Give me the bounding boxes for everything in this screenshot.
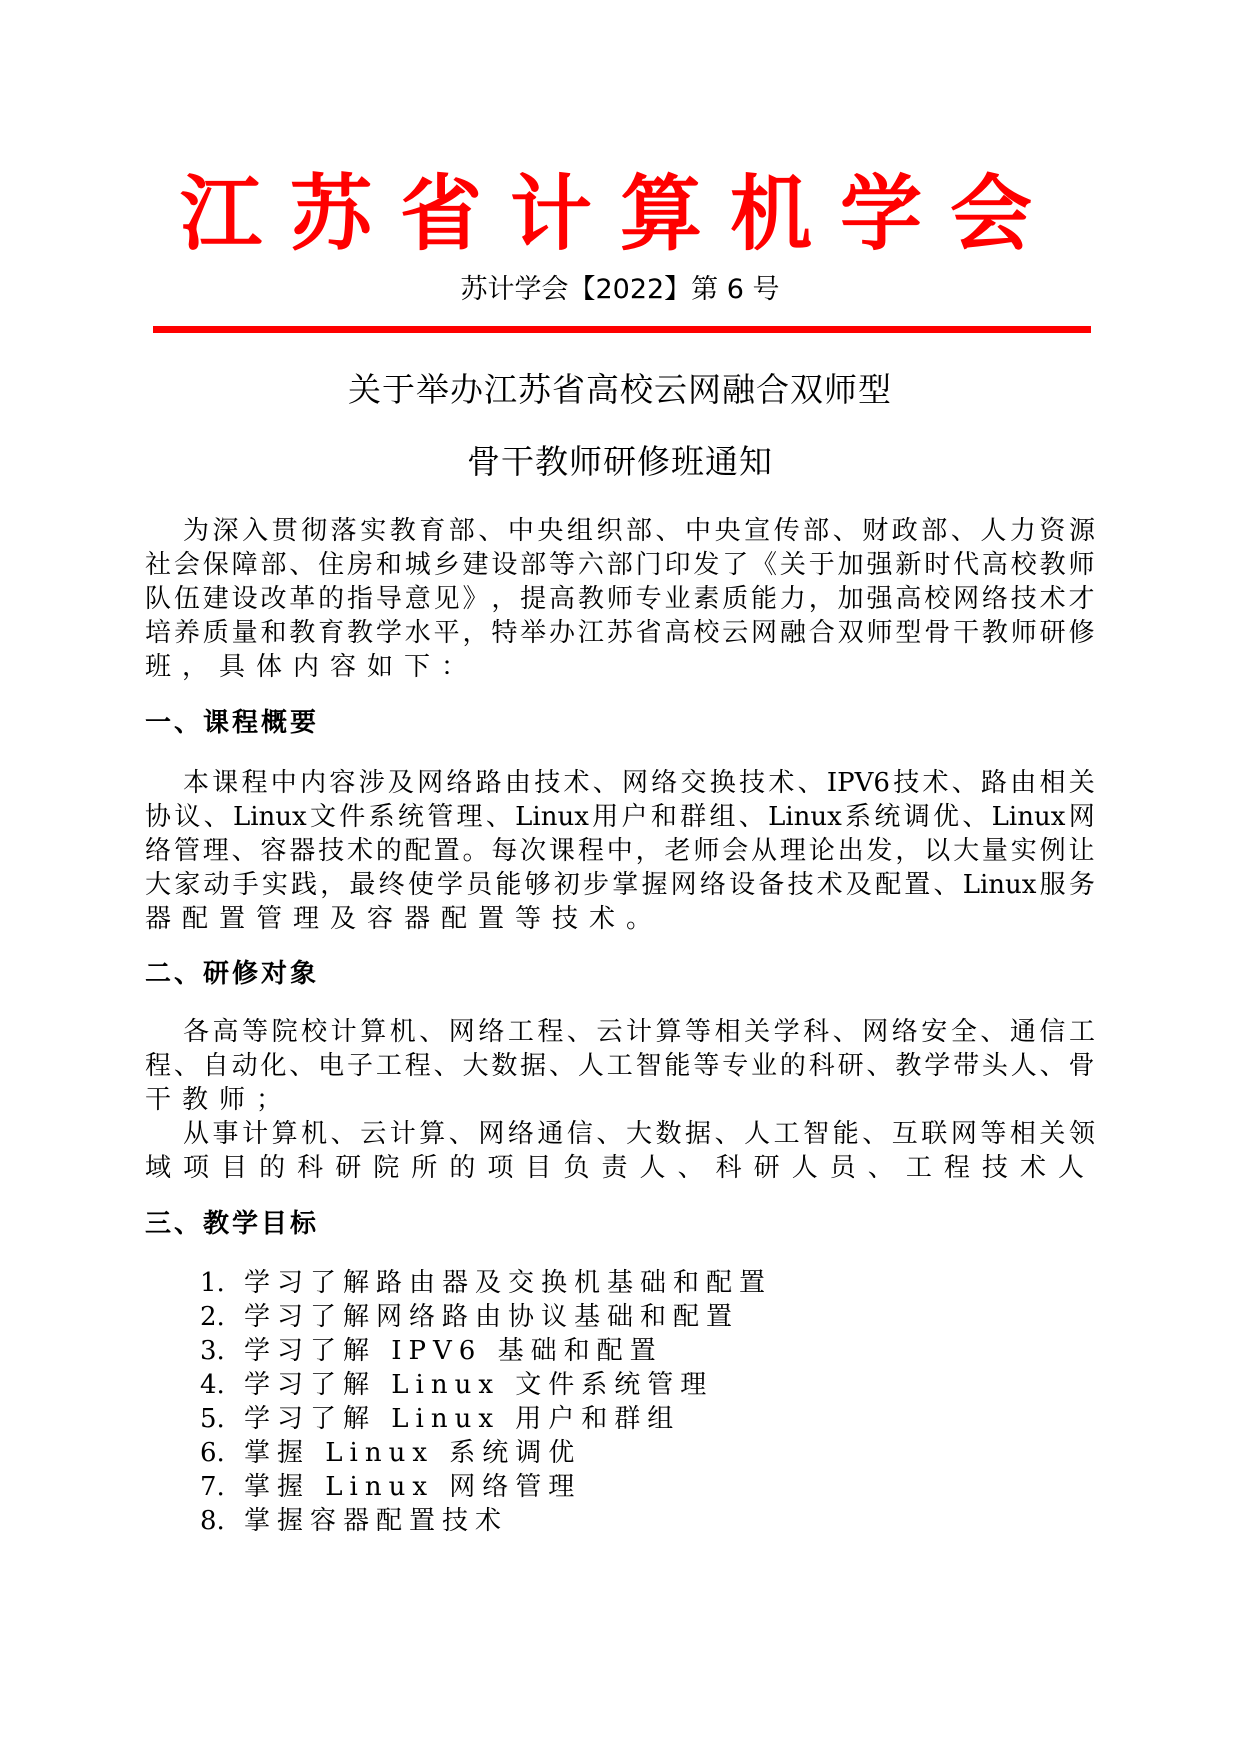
section-heading-participants: 二、研修对象 [145, 954, 319, 994]
course-overview-line: 络管理、容器技术的配置。每次课程中，老师会从理论出发，以大量实例让 [145, 834, 1095, 868]
notice-title-line-1: 关于举办江苏省高校云网融合双师型 [150, 368, 1090, 412]
intro-line: 社会保障部、住房和城乡建设部等六部门印发了《关于加强新时代高校教师 [145, 548, 1095, 582]
goal-list-item: 1.学习了解路由器及交换机基础和配置 [200, 1266, 772, 1300]
course-overview-line: 大家动手实践，最终使学员能够初步掌握网络设备技术及配置、Linux服务 [145, 868, 1095, 902]
goal-list-item: 3.学习了解 IPV6 基础和配置 [200, 1334, 663, 1368]
participants-line: 干教师； [145, 1083, 1095, 1117]
intro-line: 为深入贯彻落实教育部、中央组织部、中央宣传部、财政部、人力资源 [183, 514, 1095, 548]
participants-line: 域项目的科研院所的项目负责人、科研人员、工程技术人员等。 [145, 1151, 1095, 1185]
goal-list-item: 8.掌握容器配置技术 [200, 1504, 508, 1538]
organization-name: 江苏省计算机学会 [150, 160, 1090, 270]
goal-list-item: 5.学习了解 Linux 用户和群组 [200, 1402, 680, 1436]
header-divider [153, 326, 1091, 333]
notice-title-line-2: 骨干教师研修班通知 [150, 440, 1090, 484]
section-heading-course-overview: 一、课程概要 [145, 703, 319, 743]
document-number: 苏计学会【2022】第 6 号 [150, 272, 1090, 308]
intro-line: 队伍建设改革的指导意见》，提高教师专业素质能力，加强高校网络技术才 [145, 582, 1095, 616]
goal-list-item: 4.学习了解 Linux 文件系统管理 [200, 1368, 713, 1402]
goal-list-item: 7.掌握 Linux 网络管理 [200, 1470, 581, 1504]
section-heading-teaching-goals: 三、教学目标 [145, 1204, 319, 1244]
participants-line: 程、自动化、电子工程、大数据、人工智能等专业的科研、教学带头人、骨 [145, 1049, 1095, 1083]
participants-line: 从事计算机、云计算、网络通信、大数据、人工智能、互联网等相关领 [183, 1117, 1095, 1151]
participants-line: 各高等院校计算机、网络工程、云计算等相关学科、网络安全、通信工 [183, 1015, 1095, 1049]
goal-list-item: 2.学习了解网络路由协议基础和配置 [200, 1300, 739, 1334]
course-overview-line: 器配置管理及容器配置等技术。 [145, 902, 1095, 936]
intro-line: 培养质量和教育教学水平，特举办江苏省高校云网融合双师型骨干教师研修 [145, 616, 1095, 650]
goal-list-item: 6.掌握 Linux 系统调优 [200, 1436, 581, 1470]
course-overview-line: 本课程中内容涉及网络路由技术、网络交换技术、IPV6技术、路由相关 [183, 766, 1095, 800]
intro-line: 班，具体内容如下： [145, 650, 1095, 684]
course-overview-line: 协议、Linux文件系统管理、Linux用户和群组、Linux系统调优、Linu… [145, 800, 1095, 834]
